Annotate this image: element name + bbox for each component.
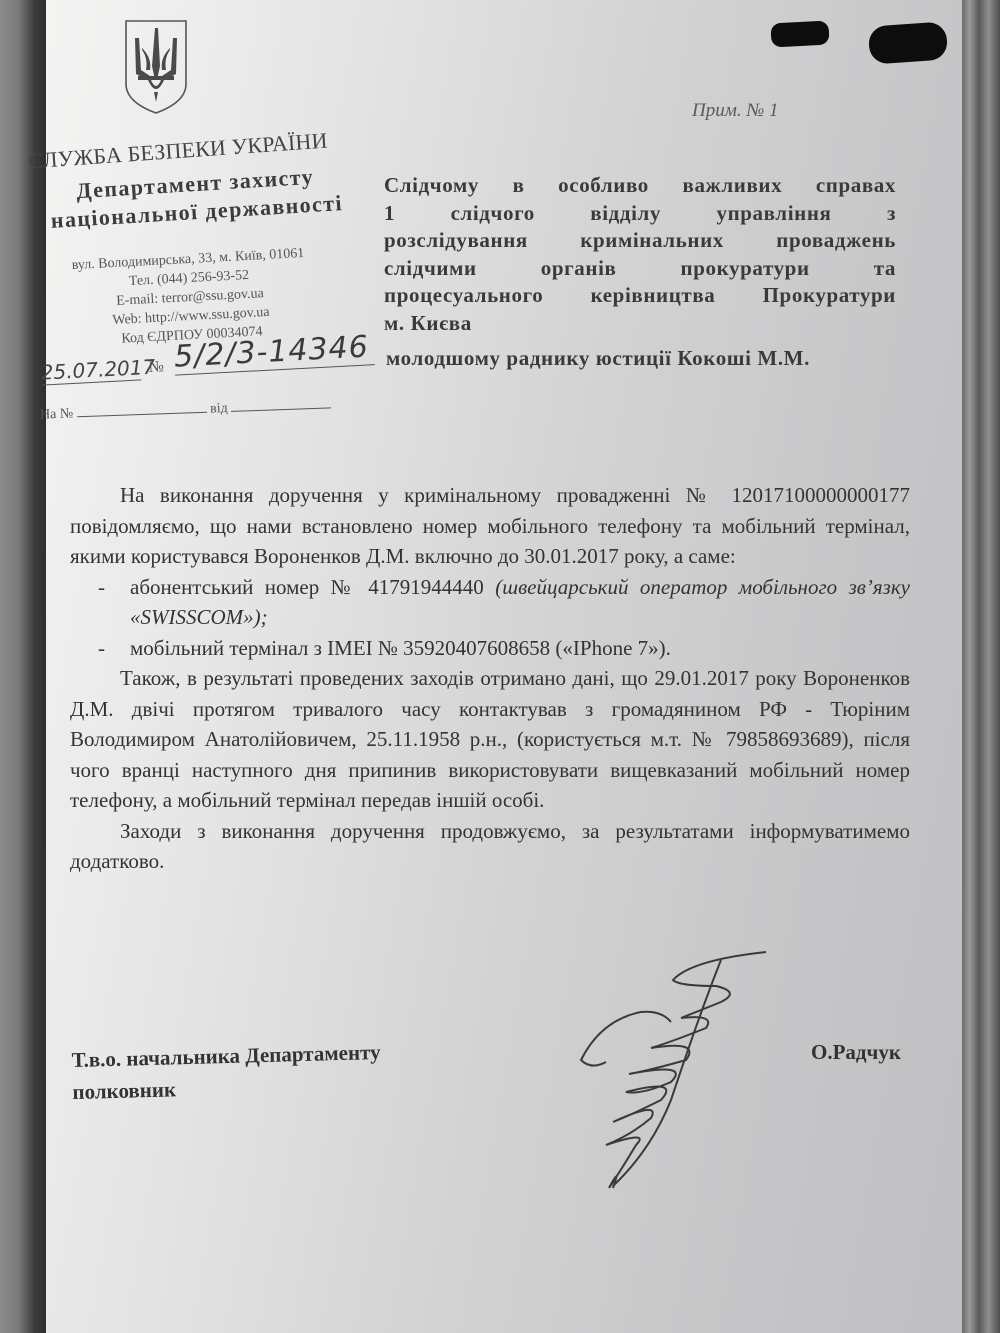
reference-line: На № від	[40, 396, 360, 423]
list-item: -мобільний термінал з IMEI № 35920407608…	[70, 633, 910, 664]
department-name: Департамент захисту національної державн…	[35, 160, 358, 235]
binder-right-edge	[962, 0, 1000, 1333]
paragraph: Також, в результаті проведених заходів о…	[70, 663, 910, 816]
reference-number-blank	[77, 412, 207, 418]
addressee: молодшому раднику юстиції Кокоші М.М.	[384, 345, 896, 373]
letter-body: На виконання доручення у кримінальному п…	[70, 480, 910, 877]
registration-no-label: №	[148, 358, 164, 377]
trident-coat-of-arms-icon	[122, 18, 190, 116]
paragraph: Заходи з виконання доручення продовжуємо…	[70, 816, 910, 877]
signatory-name: О.Радчук	[811, 1040, 901, 1065]
annex-label: Прим. № 1	[692, 100, 779, 122]
recipient-block: Слідчому в особливо важливих справах 1 с…	[384, 172, 896, 373]
signatory-title: Т.в.о. начальника Департаменту полковник	[71, 1036, 382, 1108]
redaction-mark	[770, 20, 829, 47]
paragraph: На виконання доручення у кримінальному п…	[70, 480, 910, 572]
reference-date-blank	[231, 407, 331, 411]
handwritten-signature-icon	[546, 950, 806, 1200]
registration-line: 25.07.2017 № 5/2/3-14346	[40, 343, 372, 400]
document-page: Прим. № 1 СЛУЖБА БЕЗПЕКИ УКРАЇНИ Департа…	[46, 0, 962, 1333]
redaction-mark	[868, 21, 948, 64]
list-item: -абонентський номер № 41791944440 (швейц…	[70, 572, 910, 633]
registration-date: 25.07.2017	[40, 355, 141, 385]
